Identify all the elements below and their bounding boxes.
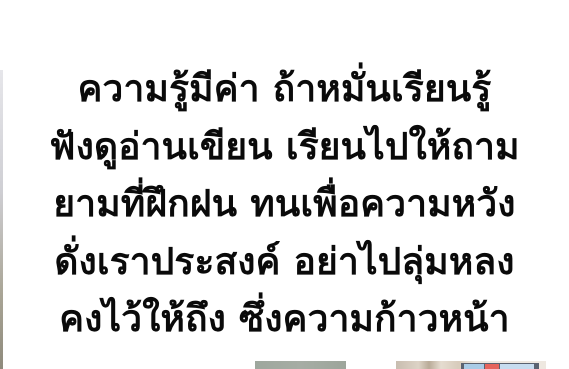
poem-line-5: คงไว้ให้ถึง ซึ่งความก้าวหน้า (0, 290, 569, 348)
panel-segment-red (485, 364, 499, 369)
thumbnail-image-2 (396, 361, 546, 369)
poem-text: ความรู้มีค่า ถ้าหมั่นเรียนรู้ ฟังดูอ่านเ… (0, 60, 569, 348)
poem-line-1: ความรู้มีค่า ถ้าหมั่นเรียนรู้ (0, 60, 569, 118)
poem-line-3: ยามที่ฝึกฝน ทนเพื่อความหวัง (0, 175, 569, 233)
panel-segment-blue (464, 364, 484, 369)
poem-line-2: ฟังดูอ่านเขียน เรียนไปให้ถาม (0, 118, 569, 176)
thumbnail-image-1 (255, 361, 346, 369)
thumbnail-screen-panel (461, 363, 539, 369)
poem-line-4: ดั่งเราประสงค์ อย่าไปลุ่มหลง (0, 233, 569, 291)
panel-segment-light-blue (500, 364, 534, 369)
